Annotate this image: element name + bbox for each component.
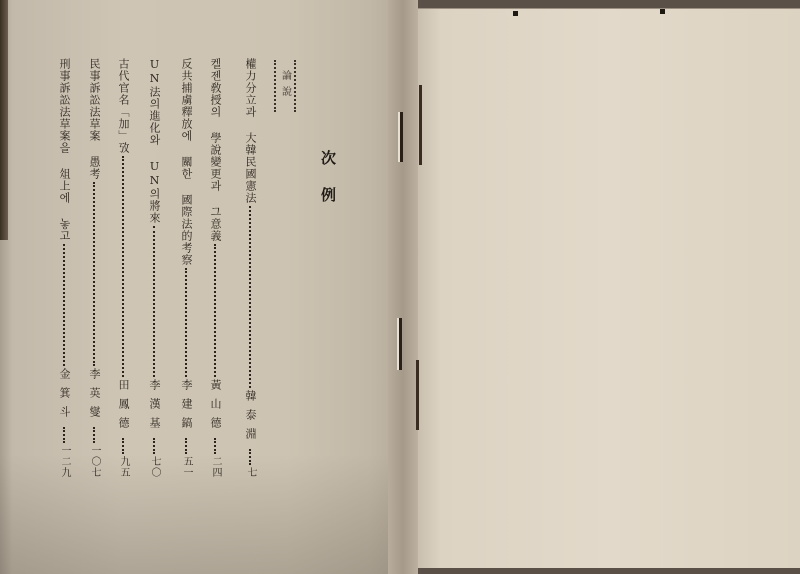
toc-entry: 民事訴訟法草案 愚考 李英燮 一〇七 xyxy=(88,58,100,478)
leader-dots xyxy=(122,156,124,377)
leader-dots xyxy=(214,438,216,454)
book-spread: 次例 論說 權力分立과 大韓民國憲法 韓泰淵 七 켈젠敎授의 學說變更과 그意義… xyxy=(0,0,800,574)
entry-title: 權力分立과 大韓民國憲法 xyxy=(244,58,256,204)
entry-page: 五一 xyxy=(180,456,192,478)
toc-entry: 켈젠敎授의 學說變更과 그意義 黃山德 二四 xyxy=(209,58,221,478)
entry-page: 一〇七 xyxy=(88,445,100,478)
torn-edge xyxy=(419,85,422,165)
section-label: 論說 xyxy=(274,60,296,112)
entry-author: 田鳳德 xyxy=(117,379,129,436)
leader-dots xyxy=(185,438,187,454)
toc-entry: UN法의進化와 UN의將來 李漢基 七〇 xyxy=(148,58,160,478)
leader-dots xyxy=(93,182,95,366)
entry-title: 古代官名「加」攷 xyxy=(117,58,129,154)
table-of-contents: 次例 論說 權力分立과 大韓民國憲法 韓泰淵 七 켈젠敎授의 學說變更과 그意義… xyxy=(0,0,410,574)
entry-title: 켈젠敎授의 學說變更과 그意義 xyxy=(209,58,221,242)
entry-page: 七〇 xyxy=(148,456,160,478)
ink-mark xyxy=(513,11,518,16)
entry-title: 反共捕虜釋放에 關한 國際法的考察 xyxy=(180,58,192,266)
toc-entry: 權力分立과 大韓民國憲法 韓泰淵 七 xyxy=(244,58,256,478)
leader-dots xyxy=(153,226,155,377)
entry-author: 李英燮 xyxy=(88,368,100,425)
entry-author: 李漢基 xyxy=(148,379,160,436)
toc-entry: 刑事訴訟法草案을 俎上에 놓고 金箕斗 一二九 xyxy=(58,58,70,478)
entry-title: 刑事訴訟法草案을 俎上에 놓고 xyxy=(58,58,70,242)
page-title: 次例 xyxy=(318,150,339,224)
entry-author: 李建鎬 xyxy=(180,379,192,436)
entry-author: 金箕斗 xyxy=(58,368,70,425)
leader-dots xyxy=(249,449,251,465)
leader-dots xyxy=(63,244,65,366)
leader-dots xyxy=(63,427,65,443)
entry-page: 二四 xyxy=(209,456,221,478)
leader-dots xyxy=(93,427,95,443)
entry-page: 一二九 xyxy=(58,445,70,478)
toc-entry: 古代官名「加」攷 田鳳德 九五 xyxy=(117,58,129,478)
entry-page: 七 xyxy=(244,467,256,478)
ink-mark xyxy=(660,9,665,14)
leader-dots xyxy=(185,268,187,377)
entry-title: UN法의進化와 UN의將來 xyxy=(148,58,160,224)
toc-entry: 反共捕虜釋放에 關한 國際法的考察 李建鎬 五一 xyxy=(180,58,192,478)
leader-dots xyxy=(122,438,124,454)
entry-author: 韓泰淵 xyxy=(244,390,256,447)
leader-dots xyxy=(153,438,155,454)
leader-dots xyxy=(249,206,251,388)
entry-title: 民事訴訟法草案 愚考 xyxy=(88,58,100,180)
leader-dots xyxy=(214,244,216,377)
torn-edge xyxy=(416,360,419,430)
entry-page: 九五 xyxy=(117,456,129,478)
entry-author: 黃山德 xyxy=(209,379,221,436)
right-page-blank xyxy=(418,8,800,568)
